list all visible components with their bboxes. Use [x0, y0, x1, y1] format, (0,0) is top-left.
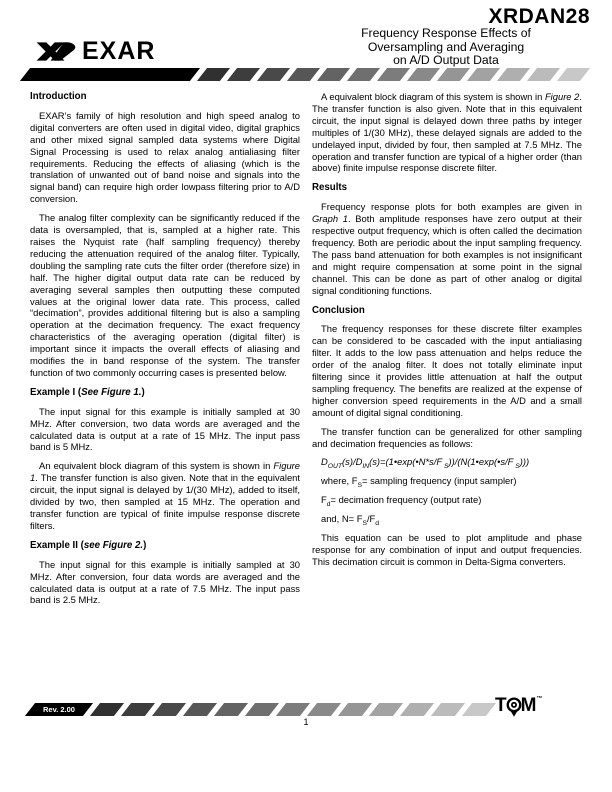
tqm-letter-m: M [521, 696, 537, 715]
tqm-target-icon [506, 697, 522, 718]
revision-label: Rev. 2.00 [30, 703, 88, 716]
n-ratio-definition: and, N= FS/Fd [312, 513, 582, 525]
trademark-symbol: ™ [536, 696, 542, 702]
header-bar-lead [20, 68, 200, 81]
transfer-function-formula: DOUT(s)/DIN(s)=(1•exp(•N*s/F S))/(N(1•ex… [312, 456, 582, 468]
doc-subtitle-line: Frequency Response Effects of [310, 27, 582, 41]
brand-logo: EXAR [36, 36, 155, 66]
conclusion-heading: Conclusion [312, 305, 582, 317]
header-stripes [202, 68, 585, 81]
results-paragraph: Frequency response plots for both exampl… [312, 201, 582, 296]
column-left: Introduction EXAR’s family of high resol… [30, 91, 300, 613]
document-page: XRDAN28 Frequency Response Effects of Ov… [0, 0, 612, 792]
footer-stripes [95, 703, 491, 716]
results-heading: Results [312, 182, 582, 194]
example1-paragraph-2: An equivalent block diagram of this syst… [30, 460, 300, 531]
footer-stripe-bar: Rev. 2.00 [30, 703, 491, 716]
conclusion-paragraph-2: The transfer function can be generalized… [312, 426, 582, 450]
column-right: A equivalent block diagram of this syste… [312, 91, 582, 575]
sampling-frequency-definition: where, FS= sampling frequency (input sam… [312, 475, 582, 487]
doc-subtitle-line: Oversampling and Averaging [310, 41, 582, 55]
header-stripe-bar [25, 68, 585, 81]
tqm-logo: T M ™ [495, 696, 542, 718]
brand-name: EXAR [82, 37, 155, 66]
closing-paragraph: This equation can be used to plot amplit… [312, 532, 582, 568]
example1-paragraph-1: The input signal for this example is ini… [30, 406, 300, 454]
intro-heading: Introduction [30, 91, 300, 103]
example1-heading: Example I (See Figure 1.) [30, 387, 300, 399]
doc-subtitle-line: on A/D Output Data [310, 54, 582, 68]
intro-paragraph-1: EXAR’s family of high resolution and hig… [30, 110, 300, 205]
exar-xr-mark-icon [36, 38, 76, 65]
example2-paragraph-1: The input signal for this example is ini… [30, 559, 300, 607]
decimation-frequency-definition: Fd= decimation frequency (output rate) [312, 494, 582, 506]
conclusion-paragraph-1: The frequency responses for these discre… [312, 323, 582, 418]
revision-badge: Rev. 2.00 [25, 703, 93, 716]
intro-paragraph-2: The analog filter complexity can be sign… [30, 212, 300, 379]
doc-subtitle: Frequency Response Effects of Oversampli… [310, 27, 582, 68]
equivalent-diagram-paragraph: A equivalent block diagram of this syste… [312, 91, 582, 174]
example2-heading: Example II (see Figure 2.) [30, 540, 300, 552]
page-number: 1 [0, 717, 612, 727]
